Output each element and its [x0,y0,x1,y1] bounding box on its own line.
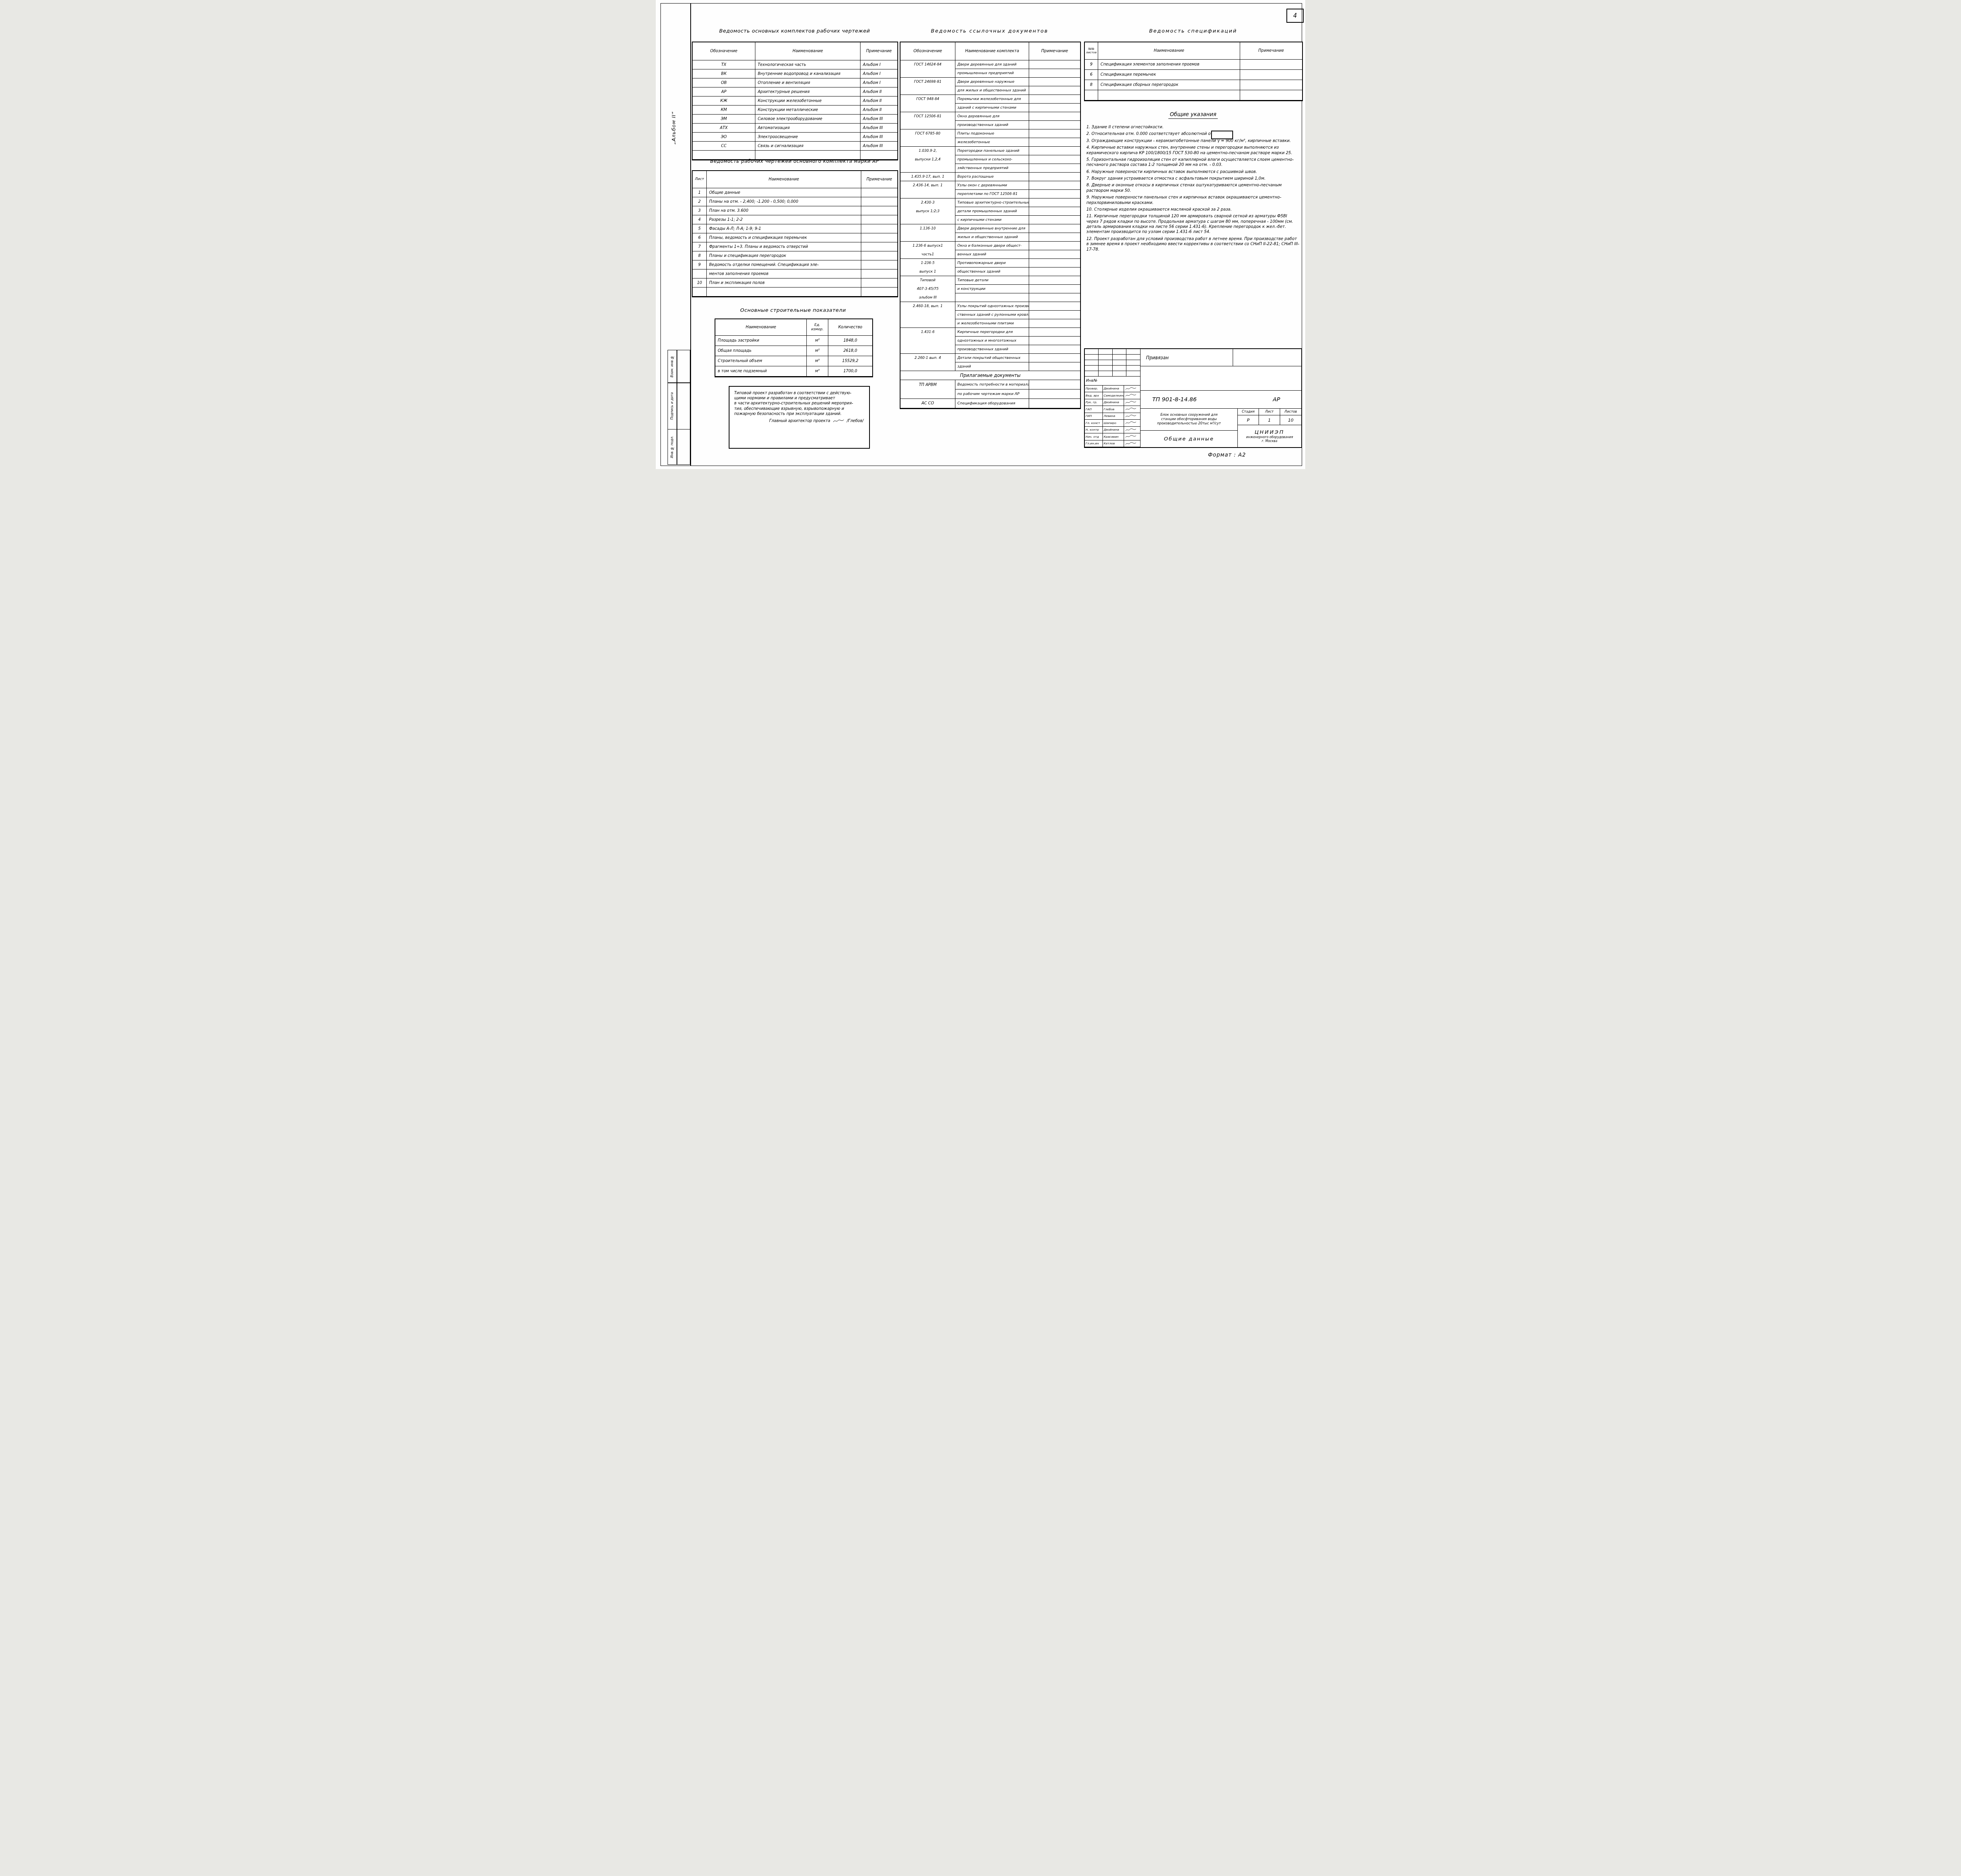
column-header: Количество [828,319,872,336]
sheet-note-cell [861,278,897,287]
indicator-unit-cell: м³ [807,356,828,366]
ref-doc-code-cell: 1.236-6 выпуск1 [900,242,955,250]
sheet-name-cell: Фасады А-Л; Л-А; 1-9; 9-1 [707,224,861,233]
attached-doc-name-cell: Спецификация оборудования [955,399,1029,408]
sheet-note-cell [861,260,897,269]
ref-doc-name-cell: общественных зданий [955,267,1029,276]
ref-doc-name-cell: Кирпичные перегородки для [955,328,1029,337]
set-code-cell: АТХ [693,124,755,133]
ref-doc-code-cell: 2.430-3 [900,198,955,207]
indicator-unit-cell: м³ [807,366,828,377]
stamp-podpis: Подпись и дата [668,382,677,429]
ref-doc-note-cell [1029,121,1080,129]
ref-doc-note-cell [1029,267,1080,276]
ref-doc-code-cell [900,233,955,242]
stage-grid: Стадия Лист Листов Р 1 10 [1238,409,1301,425]
ref-doc-code-cell [900,138,955,147]
indicator-unit-cell: м² [807,336,828,346]
set-note-cell: Альбом II [860,106,897,115]
role-name-cell: Двойнина [1103,427,1124,434]
ref-doc-name-cell: Противопожарные двери [955,259,1029,267]
ref-doc-code-cell [900,104,955,112]
ref-doc-name-cell: Узлы покрытий одноэтажных производ. [955,302,1029,311]
ref-doc-code-cell: 1.435.9-17, вып. 1 [900,173,955,181]
indicator-qty-cell: 2618,0 [828,346,872,356]
ref-doc-code-cell: 1.136-10 [900,224,955,233]
ref-doc-name-cell: зяйственных предприятий [955,164,1029,173]
column-header: Примечание [860,42,897,60]
ref-doc-note-cell [1029,198,1080,207]
ref-doc-note-cell [1029,86,1080,95]
set-code-cell: КЖ [693,96,755,106]
sheet-note-cell [861,224,897,233]
indicator-name-cell: Общая площадь [715,346,807,356]
ref-docs-main: Обозначение Наименование комплекта Приме… [900,42,1080,371]
sheet-no-value: 1 [1259,415,1280,425]
attached-doc-code-cell: ТП АРВМ [900,380,955,389]
spec-sheet-cell: 8 [1085,80,1098,90]
ref-doc-name-cell: Типовые детали [955,276,1029,285]
indicator-name-cell: Площадь застройки [715,336,807,346]
ref-doc-note-cell [1029,78,1080,86]
set-code-cell: СС [693,142,755,151]
ref-doc-name-cell: и железобетонными плитами [955,319,1029,328]
sheet-name-cell: Планы на отм. - 2,400; -1.200 - 0,500; 0… [707,197,861,206]
stage-value: Р [1238,415,1259,425]
spec-sheet-cell: 6 [1085,70,1098,80]
ref-doc-name-cell: венных зданий [955,250,1029,259]
role-cell: Рук. гр. [1085,399,1103,406]
attached-doc-note-cell [1029,399,1080,408]
ref-doc-note-cell [1029,181,1080,190]
general-note-item: 5. Горизонтальная гидроизоляция стен от … [1086,157,1300,168]
role-signature-cell [1124,386,1140,393]
ref-doc-note-cell [1029,293,1080,302]
signature-icon [1125,435,1137,439]
role-name-cell: Красавин [1103,433,1124,440]
indicator-name-cell: Строительный объем [715,356,807,366]
set-note-cell: Альбом III [860,115,897,124]
ref-doc-code-cell: выпуск 1 [900,267,955,276]
ar-sheets-title: Ведомость рабочих чертежей основного ком… [692,158,897,164]
sheet-name-cell: План на отм. 3.600 [707,206,861,215]
ref-doc-name-cell: зданий с кирпичными стенами [955,104,1029,112]
column-header: Ед. измер. [807,319,828,336]
title-block: Инв№ Провер. Двойнина Вед. арх Самоделки… [1084,348,1302,448]
set-name-cell: Связь и сигнализация [755,142,860,151]
ar-sheets-table: Лист Наименование Примечание 1 Общие дан… [692,170,898,297]
set-name-cell: Автоматизация [755,124,860,133]
ref-doc-code-cell: ГОСТ 6785-80 [900,129,955,138]
ref-doc-note-cell [1029,311,1080,319]
ref-doc-note-cell [1029,95,1080,104]
spec-sheet-cell [1085,90,1098,100]
ref-doc-note-cell [1029,276,1080,285]
ref-doc-name-cell: Окна и балконные двери общест- [955,242,1029,250]
ref-doc-code-cell: ГОСТ 948-84 [900,95,955,104]
signature-icon [1125,400,1137,404]
sheet-name-cell: Разрезы 1-1; 2-2 [707,215,861,224]
ref-doc-note-cell [1029,155,1080,164]
general-note-item: 2. Относительная отм. 0.000 соответствуе… [1086,131,1300,136]
role-signature-cell [1124,413,1140,420]
column-header: Лист [693,171,707,188]
set-name-cell: Электроосвещение [755,133,860,142]
sheets-total-value: 10 [1280,415,1301,425]
attached-doc-name-cell: по рабочим чертежам марки АР [955,389,1029,399]
main-sets-title: Ведомость основных комплектов рабочих че… [692,28,897,34]
roles-table: Провер. Двойнина Вед. арх Самоделкина Ру… [1085,386,1140,448]
role-name-cell: Глебов [1103,406,1124,413]
signature-icon [833,419,844,423]
role-cell: Провер. [1085,386,1103,393]
ref-doc-note-cell [1029,207,1080,216]
set-name-cell: Конструкции железобетонные [755,96,860,106]
set-code-cell: АР [693,87,755,96]
general-note-item: 3. Ограждающие конструкции - керамзитобе… [1086,138,1300,144]
ref-doc-code-cell: 2.436-14, вып. 1 [900,181,955,190]
ref-doc-code-cell: 1-236-5 [900,259,955,267]
stamp-box [677,382,690,429]
spec-list-table: №№ листов Наименование Примечание 9 Спец… [1084,42,1303,101]
border-stamp-block: Взам. инв.№ Подпись и дата Инв.№ подл. [668,350,690,466]
general-note-item: 7. Вокруг здания устраивается отмостка с… [1086,176,1300,181]
main-sets-table: Обозначение Наименование Примечание ТХ Т… [692,42,898,160]
sheet-note-cell [861,287,897,297]
general-note-item: 6. Наружные поверхности кирпичных вставо… [1086,169,1300,175]
sheet-name-cell: ментов заполнения проемов [707,269,861,278]
set-code-cell: ТХ [693,60,755,69]
ref-doc-code-cell [900,362,955,371]
spec-name-cell: Спецификация сборных перегородок [1098,80,1240,90]
role-cell: ГИП [1085,413,1103,420]
set-name-cell: Архитектурные решения [755,87,860,96]
doc-code: ТП 901-8-14.86 [1141,397,1197,403]
attached-doc-code-cell: АС СО [900,399,955,408]
ref-doc-name-cell: Перегородки панельные зданий [955,147,1029,155]
ref-doc-code-cell: 407-3-45/75 [900,285,955,293]
general-note-item: 12. Проект разработан для условий произв… [1086,237,1300,252]
role-name-cell: Шапиро [1103,420,1124,427]
column-header: Обозначение [693,42,755,60]
ref-doc-note-cell [1029,190,1080,198]
set-code-cell: ОВ [693,78,755,87]
ref-doc-note-cell [1029,302,1080,311]
ref-doc-note-cell [1029,173,1080,181]
column-header: Примечание [861,171,897,188]
ref-doc-name-cell: Перемычки железобетонные для [955,95,1029,104]
ref-doc-code-cell: 2.460-18, вып. 1 [900,302,955,311]
set-code-cell: КМ [693,106,755,115]
format-label: Формат : А2 [1208,452,1246,458]
general-note-item: 4. Кирпичные вставки наружных стен, внут… [1086,145,1300,156]
column-header: Наименование [707,171,861,188]
set-note-cell: Альбом II [860,87,897,96]
column-header: Наименование комплекта [955,42,1029,60]
ref-doc-note-cell [1029,112,1080,121]
sheet-title: Общие данные [1141,431,1237,447]
sheet-note-cell [861,197,897,206]
role-cell: Нач. отд [1085,433,1103,440]
ref-doc-note-cell [1029,60,1080,69]
signature-icon [1125,393,1137,397]
ref-doc-name-cell: Двери деревянные внутренние для [955,224,1029,233]
indicator-qty-cell: 15529,2 [828,356,872,366]
sheet-name-cell: Планы, ведомость и спецификация перемыче… [707,233,861,242]
ref-doc-note-cell [1029,319,1080,328]
indicator-unit-cell: м² [807,346,828,356]
ref-doc-note-cell [1029,164,1080,173]
ref-doc-name-cell: железобетонные [955,138,1029,147]
ref-doc-code-cell [900,190,955,198]
ref-doc-name-cell: ственных зданий с рулонными кровлями [955,311,1029,319]
set-note-cell: Альбом III [860,133,897,142]
organization: ЦНИИЭП инженерного оборудования г. Москв… [1238,425,1301,447]
role-name-cell: Самоделкина [1103,392,1124,399]
attached-doc-code-cell [900,389,955,399]
ref-doc-code-cell: ГОСТ 12506-81 [900,112,955,121]
ref-doc-code-cell: ГОСТ 24698-81 [900,78,955,86]
sheet-number-cell: 2 [693,197,707,206]
stage-label: Стадия [1238,409,1259,415]
indicators-title: Основные строительные показатели [715,308,871,313]
stamp-box [677,429,690,465]
ref-doc-code-cell: Типовой [900,276,955,285]
page-number: 4 [1286,9,1304,23]
stamp-inv: Инв.№ подл. [668,429,677,465]
role-name-cell: Левина [1103,413,1124,420]
set-name-cell: Силовое электрооборудование [755,115,860,124]
set-note-cell: Альбом II [860,96,897,106]
role-cell: Гл. конст [1085,420,1103,427]
ref-doc-name-cell: Типовые архитектурно-строительные [955,198,1029,207]
stamp-box [677,350,690,383]
set-code-cell: ВК [693,69,755,78]
signature-icon [1125,421,1137,425]
attached-docs-title: Прилагаемые документы [900,371,1080,380]
sheet-name-cell: Планы и спецификация перегородок [707,251,861,260]
ref-doc-code-cell [900,311,955,319]
ref-doc-name-cell: промышленных и сельскохо- [955,155,1029,164]
set-code-cell: ЭМ [693,115,755,124]
role-cell: Гл.ин.ин [1085,440,1103,448]
empty-band [1141,366,1301,391]
ref-doc-note-cell [1029,250,1080,259]
set-note-cell: Альбом III [860,124,897,133]
ref-doc-code-cell [900,121,955,129]
album-side-label: „Альбом II“ [671,111,677,144]
spec-list-title: Ведомость спецификаций [1084,28,1302,34]
org-subtitle: инженерного оборудования г. Москва [1246,435,1293,443]
signature-icon [1125,387,1137,391]
ref-doc-note-cell [1029,242,1080,250]
role-signature-cell [1124,399,1140,406]
absolute-elevation-box [1211,131,1233,139]
ref-doc-code-cell: 1.431-6 [900,328,955,337]
revision-grid [1085,349,1140,377]
ref-doc-name-cell: зданий [955,362,1029,371]
set-name-cell: Технологическая часть [755,60,860,69]
ref-doc-name-cell: промышленных предприятий [955,69,1029,78]
set-name-cell: Внутренние водопровод и канализация [755,69,860,78]
general-note-item: 1. Здание II степени огнестойкости. [1086,125,1300,130]
sheet-name-cell: Фрагменты 1÷3. Планы и ведомость отверст… [707,242,861,251]
general-note-item: 8. Дверные и оконные откосы в кирпичных … [1086,183,1300,193]
ref-doc-code-cell: 2.260-1 вып. 4 [900,354,955,362]
general-note-item: 9. Наружные поверхности панельных стен и… [1086,195,1300,206]
set-note-cell: Альбом I [860,78,897,87]
ref-doc-note-cell [1029,285,1080,293]
role-cell: Н. контр [1085,427,1103,434]
inventory-number-label: Инв№ [1085,377,1140,386]
ref-doc-code-cell [900,337,955,345]
sheet-number-cell: 1 [693,188,707,197]
ref-doc-name-cell [955,293,1029,302]
role-signature-cell [1124,406,1140,413]
spec-note-cell [1240,60,1302,70]
spec-name-cell: Спецификация элементов заполнения проемо… [1098,60,1240,70]
ref-doc-note-cell [1029,224,1080,233]
ref-doc-code-cell [900,319,955,328]
ref-docs-table: Обозначение Наименование комплекта Приме… [900,42,1081,409]
sheet-number-cell: 7 [693,242,707,251]
sheet-note-cell [861,233,897,242]
column-header: №№ листов [1085,42,1098,60]
sheet-note-cell [861,242,897,251]
role-cell: ГАП [1085,406,1103,413]
stamp-vzam: Взам. инв.№ [668,350,677,383]
mark-code: АР [1273,397,1280,403]
role-name-cell: Двойнина [1103,386,1124,393]
sheet-name-cell: План и экспликация полов [707,278,861,287]
general-note-item: 11. Кирпичные перегородки толщиной 120 м… [1086,214,1300,235]
ref-doc-note-cell [1029,216,1080,224]
indicator-name-cell: в том числе подземный [715,366,807,377]
sheet-number-cell: 10 [693,278,707,287]
signature-icon [1125,414,1137,418]
indicator-qty-cell: 1700,0 [828,366,872,377]
sheet-number-cell: 9 [693,260,707,269]
signature-icon [1125,442,1137,446]
ref-doc-note-cell [1029,233,1080,242]
role-name-cell: Кетлов [1103,440,1124,448]
ref-doc-name-cell: Ворота распашные [955,173,1029,181]
indicators-table: Наименование Ед. измер. Количество Площа… [715,318,873,377]
binding-margin-line [690,3,691,466]
ref-doc-note-cell [1029,345,1080,354]
ref-doc-name-cell: жилых и общественных зданий [955,233,1029,242]
attached-doc-name-cell: Ведомость потребности в материалах [955,380,1029,389]
signer-role: Главный архитектор проекта [769,419,830,423]
ref-doc-code-cell [900,216,955,224]
ref-doc-code-cell [900,86,955,95]
signature-icon [1125,428,1137,432]
set-name-cell: Отопление и вентиляция [755,78,860,87]
general-notes-title: Общие указания [1084,111,1302,118]
org-name: ЦНИИЭП [1255,429,1284,435]
ref-doc-name-cell: Двери деревянные для зданий [955,60,1029,69]
ref-doc-code-cell [900,164,955,173]
indicator-qty-cell: 1848,0 [828,336,872,346]
set-note-cell: Альбом I [860,60,897,69]
role-signature-cell [1124,420,1140,427]
role-signature-cell [1124,440,1140,448]
ref-doc-code-cell: часть1 [900,250,955,259]
sheet-number-cell [693,287,707,297]
ref-doc-note-cell [1029,362,1080,371]
spec-note-cell [1240,90,1302,100]
set-name-cell: Конструкции металлические [755,106,860,115]
set-note-cell: Альбом III [860,142,897,151]
ref-doc-name-cell: Узлы окон с деревянными [955,181,1029,190]
signature-icon [1125,407,1137,411]
role-signature-cell [1124,392,1140,399]
drawing-sheet: 4 „Альбом II“ Взам. инв.№ Подпись и дата… [656,0,1305,469]
title-block-left: Инв№ Провер. Двойнина Вед. арх Самоделки… [1085,349,1141,447]
sheet-number-cell: 5 [693,224,707,233]
ref-doc-note-cell [1029,129,1080,138]
sheet-note-cell [861,188,897,197]
set-code-cell: ЭО [693,133,755,142]
ref-doc-code-cell: 1.030.9-2, [900,147,955,155]
column-header: Обозначение [900,42,955,60]
ref-doc-note-cell [1029,147,1080,155]
role-cell: Вед. арх [1085,392,1103,399]
ref-doc-name-cell: детали промышленных зданий [955,207,1029,216]
ref-doc-name-cell: одноэтажных и многоэтажных [955,337,1029,345]
ref-doc-note-cell [1029,69,1080,78]
ref-doc-name-cell: переплетами по ГОСТ 12506-81 [955,190,1029,198]
general-note-item: 10. Столярные изделия окрашиваются масля… [1086,207,1300,212]
sheet-note-cell [861,269,897,278]
ref-doc-code-cell: выпуски 1,2,4 [900,155,955,164]
ref-doc-name-cell: Двери деревянные наружные [955,78,1029,86]
ref-doc-name-cell: Окна деревянные для [955,112,1029,121]
project-note-text: Типовой проект разработан в соответствии… [734,391,866,417]
ref-doc-name-cell: для жилых и общественных зданий [955,86,1029,95]
ref-doc-note-cell [1029,354,1080,362]
sheet-number-cell: 4 [693,215,707,224]
ref-doc-name-cell: производственных зданий [955,121,1029,129]
project-name: Блок основных сооружений для станции обе… [1141,409,1237,431]
ref-doc-code-cell: альбом III [900,293,955,302]
spec-name-cell: Спецификация перемычек [1098,70,1240,80]
attached-doc-note-cell [1029,389,1080,399]
ref-doc-name-cell: с кирпичными стенами [955,216,1029,224]
spec-note-cell [1240,80,1302,90]
sheet-note-cell [861,215,897,224]
spec-sheet-cell: 9 [1085,60,1098,70]
ref-doc-name-cell: Детали покрытий общественных [955,354,1029,362]
column-header: Примечание [1240,42,1302,60]
spec-note-cell [1240,70,1302,80]
sheet-name-cell: Ведомость отделки помещений. Спецификаци… [707,260,861,269]
sheet-number-cell [693,269,707,278]
attached-docs-rows: ТП АРВМ Ведомость потребности в материал… [900,380,1080,408]
ref-doc-name-cell: и конструкции [955,285,1029,293]
attached-doc-note-cell [1029,380,1080,389]
ref-doc-note-cell [1029,138,1080,147]
sheet-number-cell: 3 [693,206,707,215]
title-block-right: Привязан ТП 901-8-14.86 АР Блок основных… [1141,349,1301,447]
ref-doc-note-cell [1029,104,1080,112]
project-note-box: Типовой проект разработан в соответствии… [729,386,870,449]
ref-doc-code-cell [900,69,955,78]
ref-doc-code-cell: ГОСТ 14624-84 [900,60,955,69]
ref-docs-title: Ведомость ссылочных документов [900,28,1079,34]
role-signature-cell [1124,427,1140,434]
ref-doc-note-cell [1029,337,1080,345]
